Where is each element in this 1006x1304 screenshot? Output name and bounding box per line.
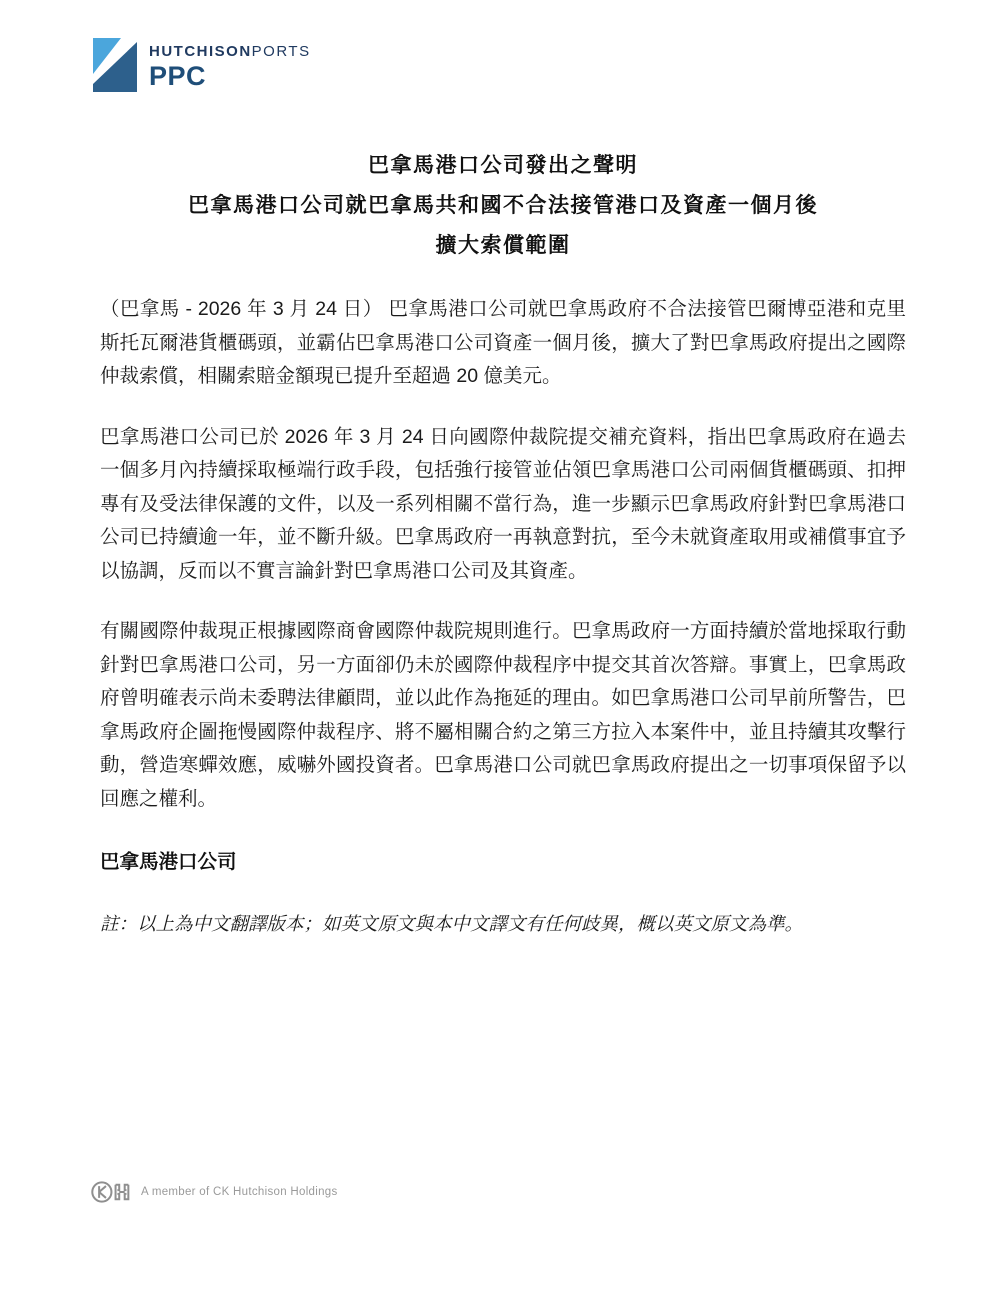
brand-hutchison: HUTCHISON bbox=[149, 43, 252, 60]
company-signature: 巴拿馬港口公司 bbox=[100, 846, 906, 874]
statement-title: 巴拿馬港口公司發出之聲明 巴拿馬港口公司就巴拿馬共和國不合法接管港口及資產一個月… bbox=[100, 146, 906, 266]
paragraph-3: 有關國際仲裁現正根據國際商會國際仲裁院規則進行。巴拿馬政府一方面持續於當地採取行… bbox=[100, 615, 906, 816]
logo-wordmark: HUTCHISONPORTS PPC bbox=[149, 38, 311, 92]
press-release-page: { "logo": { "brand_top_bold": "HUTCHISON… bbox=[0, 0, 1006, 1304]
title-line-2: 巴拿馬港口公司就巴拿馬共和國不合法接管港口及資產一個月後 bbox=[100, 186, 906, 226]
translation-note: 註：以上為中文翻譯版本；如英文原文與本中文譯文有任何歧異，概以英文原文為準。 bbox=[100, 910, 906, 936]
hutchison-ports-ppc-logo: HUTCHISONPORTS PPC bbox=[93, 38, 311, 92]
title-line-3: 擴大索償範圍 bbox=[100, 226, 906, 266]
brand-ppc: PPC bbox=[149, 61, 311, 91]
brand-ports: PORTS bbox=[252, 43, 311, 60]
hutchison-ports-logo-icon bbox=[93, 38, 137, 92]
page-footer: A member of CK Hutchison Holdings bbox=[90, 1176, 338, 1208]
brand-line: HUTCHISONPORTS bbox=[149, 42, 311, 61]
title-line-1: 巴拿馬港口公司發出之聲明 bbox=[100, 146, 906, 186]
footer-membership-text: A member of CK Hutchison Holdings bbox=[141, 1186, 338, 1198]
ckh-logo-icon bbox=[90, 1176, 132, 1208]
statement-document: 巴拿馬港口公司發出之聲明 巴拿馬港口公司就巴拿馬共和國不合法接管港口及資產一個月… bbox=[100, 146, 906, 936]
paragraph-2: 巴拿馬港口公司已於 2026 年 3 月 24 日向國際仲裁院提交補充資料，指出… bbox=[100, 421, 906, 589]
paragraph-1: （巴拿馬 - 2026 年 3 月 24 日） 巴拿馬港口公司就巴拿馬政府不合法… bbox=[100, 293, 906, 394]
